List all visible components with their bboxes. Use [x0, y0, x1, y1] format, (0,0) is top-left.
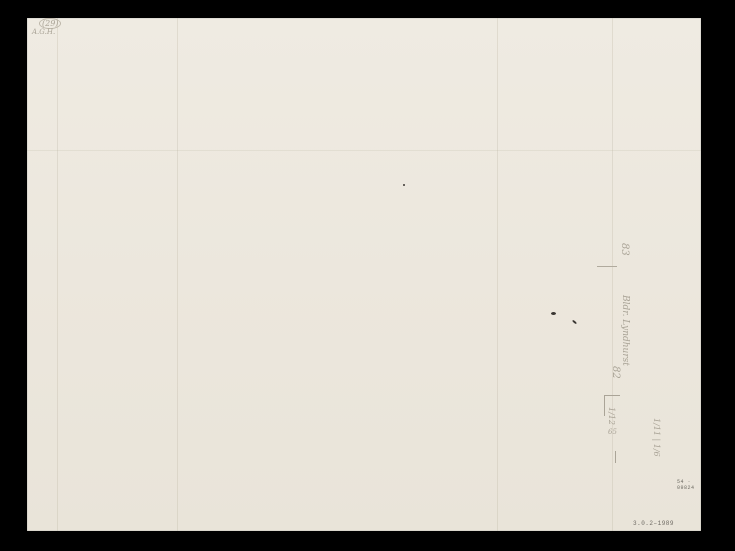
paper-texture-line: [27, 150, 701, 151]
ink-spot: [551, 312, 556, 315]
ink-spot: [403, 184, 405, 186]
pencil-tick: [615, 451, 616, 463]
paper-sheet: (29) A.G.H. 83 Bldr. Lyndhurst 82 1/12 6…: [27, 18, 701, 531]
ink-spot: [572, 320, 577, 325]
number-82: 82: [610, 366, 621, 379]
paper-texture-line: [612, 18, 613, 531]
paper-texture-line: [497, 18, 498, 531]
reference-label: 54 · 09824: [677, 479, 701, 491]
measure-left: 1/12: [607, 407, 616, 425]
museum-number: 3.0.2–1989: [633, 520, 674, 527]
paper-texture-line: [177, 18, 178, 531]
paper-texture-line: [57, 18, 58, 531]
measure-note: 1/11 | 1/6: [652, 418, 661, 457]
number-83: 83: [619, 243, 630, 256]
measure-bottom: 65: [608, 428, 617, 436]
inscription: Bldr. Lyndhurst: [620, 295, 630, 366]
pencil-dash: [597, 266, 617, 267]
corner-note: A.G.H.: [32, 28, 55, 36]
